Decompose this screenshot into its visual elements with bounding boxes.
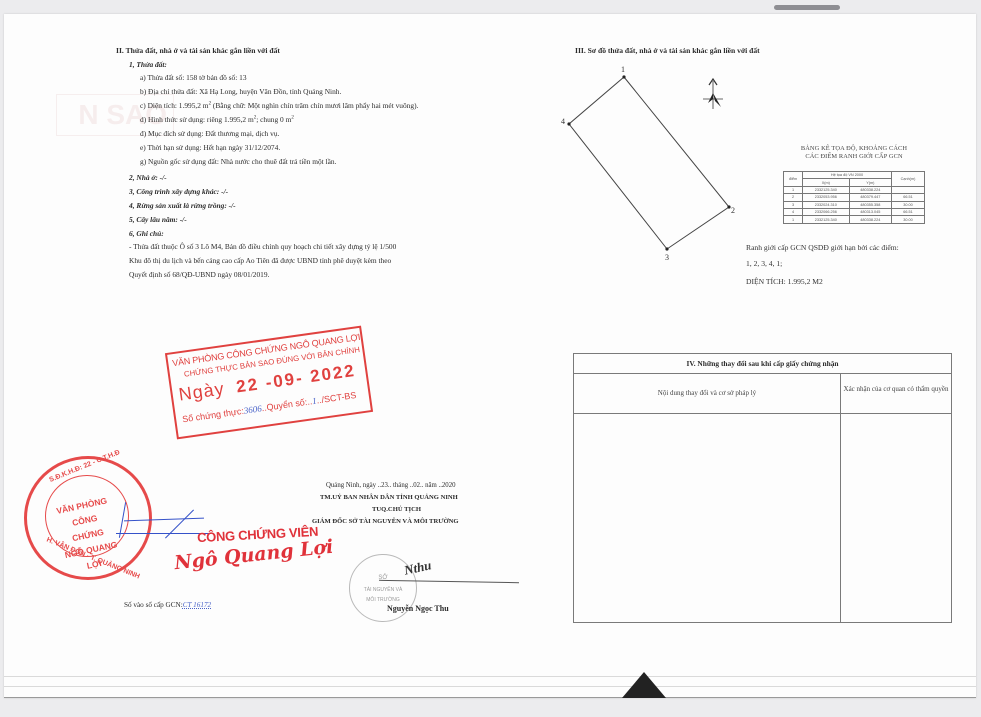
- boundary-description: Ranh giới cấp GCN QSDĐ giới hạn bởi các …: [746, 243, 899, 252]
- section-4-title: IV. Những thay đổi sau khi cấp giấy chứn…: [574, 354, 951, 374]
- changes-table: IV. Những thay đổi sau khi cấp giấy chứn…: [573, 353, 952, 623]
- house-item: 2, Nhà ở: -/-: [129, 173, 167, 182]
- section-2-title: II. Thửa đất, nhà ở và tài sản khác gắn …: [116, 46, 280, 55]
- point-label-1: 1: [621, 65, 625, 74]
- parcel-diagram: 1 2 3 4: [559, 64, 759, 284]
- notes-heading: 6, Ghi chú:: [129, 229, 164, 238]
- issuer-line-3: GIÁM ĐỐC SỞ TÀI NGUYÊN VÀ MÔI TRƯỜNG: [312, 518, 458, 525]
- land-use-form: d) Hình thức sử dụng: riêng 1.995,2 m2; …: [140, 115, 294, 124]
- land-parcel-number: a) Thửa đất số: 158 tờ bản đồ số: 13: [140, 73, 247, 82]
- notes-line-1: - Thửa đất thuộc Ô số 3 Lô M4, Bản đồ đi…: [129, 242, 396, 251]
- scroll-up-arrow-icon[interactable]: [622, 672, 666, 698]
- issue-place-date: Quảng Ninh, ngày ..23.. tháng ..02.. năm…: [326, 482, 456, 489]
- land-heading: 1, Thửa đất:: [129, 60, 167, 69]
- land-term: e) Thời hạn sử dụng: Hết hạn ngày 31/12/…: [140, 143, 280, 152]
- coord-row: 42332066.256480313.04566.51: [784, 208, 925, 215]
- register-number: Số vào sổ cấp GCN:CT 16172: [124, 601, 211, 609]
- issuer-line-1: TM.UỶ BAN NHÂN DÂN TỈNH QUẢNG NINH: [320, 494, 458, 501]
- compass-north-icon: [703, 79, 723, 109]
- parcel-area: DIỆN TÍCH: 1.995,2 M2: [746, 277, 823, 286]
- notes-line-2: Khu đô thị du lịch và bến cảng cao cấp A…: [129, 256, 391, 265]
- point-label-2: 2: [731, 206, 735, 215]
- certified-copy-stamp: VĂN PHÒNG CÔNG CHỨNG NGÔ QUANG LỢI CHỨNG…: [165, 326, 373, 440]
- coord-row: 12332125.340480338.224: [784, 186, 925, 193]
- coord-table-title: BẢNG KÊ TỌA ĐỘ, KHOẢNG CÁCH CÁC ĐIỂM RAN…: [776, 145, 932, 161]
- coord-row: 12332125.340480338.22430.00: [784, 216, 925, 223]
- land-address: b) Địa chỉ thửa đất: Xã Hạ Long, huyện V…: [140, 87, 341, 96]
- notary-office-seal: S.Ð.K.H.Ð: 22 - C.T.H.Ð VĂN PHÒNG CÔNG C…: [24, 456, 152, 580]
- director-signature: Nthu: [403, 557, 433, 578]
- coord-row: 22332053.956480379.44766.51: [784, 194, 925, 201]
- changes-confirm-header: Xác nhận của cơ quan có thẩm quyền: [841, 384, 951, 394]
- document-page: N SAO II. Thửa đất, nhà ở và tài sản khá…: [4, 14, 976, 698]
- perennial-item: 5, Cây lâu năm: -/-: [129, 215, 187, 224]
- issuer-line-2: TUQ.CHỦ TỊCH: [372, 506, 421, 513]
- changes-content-header: Nội dung thay đổi và cơ sở pháp lý: [574, 374, 840, 413]
- forest-item: 4, Rừng sản xuất là rừng trồng: -/-: [129, 201, 236, 210]
- coordinate-table: điểm Hệ tọa độ VN 2000 Cạnh(m) X(m) Y(m)…: [783, 171, 925, 224]
- land-area: c) Diện tích: 1.995,2 m2 (Bằng chữ: Một …: [140, 101, 418, 110]
- section-3-title: III. Sơ đồ thửa đất, nhà ở và tài sản kh…: [575, 46, 760, 55]
- signer-name: Nguyễn Ngọc Thu: [387, 604, 449, 613]
- notes-line-3: Quyết định số 68/QĐ-UBND ngày 08/01/2019…: [129, 270, 269, 279]
- point-label-4: 4: [561, 117, 565, 126]
- land-purpose: đ) Mục đích sử dụng: Đất thương mại, dịc…: [140, 129, 279, 138]
- coord-row: 32332024.310480355.35830.00: [784, 201, 925, 208]
- point-label-3: 3: [665, 253, 669, 262]
- other-works-item: 3, Công trình xây dựng khác: -/-: [129, 187, 228, 196]
- scrollbar-thumb[interactable]: [774, 5, 840, 10]
- land-origin: g) Nguồn gốc sử dụng đất: Nhà nước cho t…: [140, 157, 336, 166]
- boundary-points: 1, 2, 3, 4, 1;: [746, 259, 782, 268]
